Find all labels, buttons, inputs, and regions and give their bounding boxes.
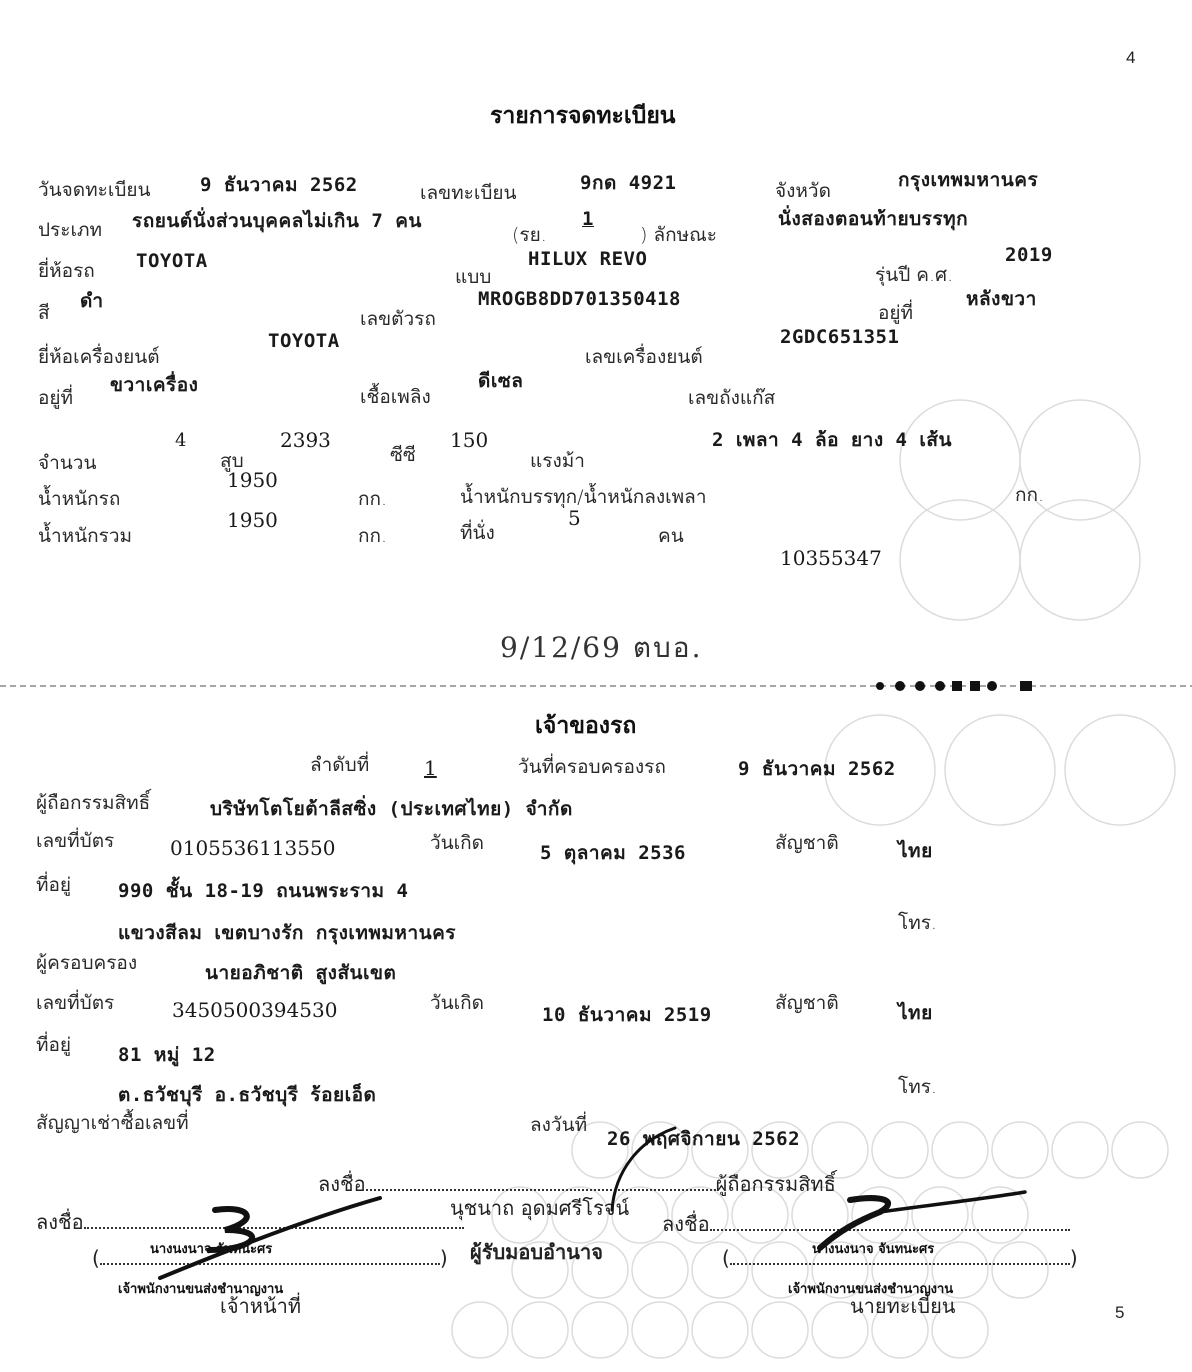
type-label: ประเภท bbox=[38, 215, 102, 245]
signature-strokes bbox=[0, 1100, 1192, 1320]
province-value: กรุงเทพมหานคร bbox=[898, 165, 1038, 195]
body-style-value: นั่งสองตอนท้ายบรรทุก bbox=[778, 204, 968, 234]
holder-label: ผู้ถือกรรมสิทธิ์ bbox=[36, 788, 150, 818]
holder-addr-line2: แขวงสีลม เขตบางรัก กรุงเทพมหานคร bbox=[118, 918, 456, 948]
color-value: ดำ bbox=[80, 286, 104, 316]
order-value: 1 bbox=[424, 756, 437, 780]
possessor-id-value: 3450500394530 bbox=[172, 998, 337, 1022]
ry-label: (รย. bbox=[512, 220, 547, 250]
holder-nat-label: สัญชาติ bbox=[775, 828, 839, 858]
owner-title: เจ้าของรถ bbox=[535, 708, 636, 744]
engine-no-value: 2GDC651351 bbox=[780, 326, 899, 348]
possessor-tel-label: โทร. bbox=[898, 1072, 937, 1102]
brand-label: ยี่ห้อรถ bbox=[38, 256, 95, 286]
possessor-id-label: เลขที่บัตร bbox=[36, 988, 114, 1018]
section-divider bbox=[0, 680, 1192, 692]
axles-value: 2 เพลา 4 ล้อ ยาง 4 เส้น bbox=[712, 425, 952, 455]
load-weight-unit: กก. bbox=[1015, 480, 1044, 510]
cc-value: 2393 bbox=[280, 428, 331, 452]
holder-name: บริษัทโตโยต้าลีสซิ่ง (ประเทศไทย) จำกัด bbox=[210, 794, 573, 824]
vehicle-weight-unit: กก. bbox=[358, 484, 387, 514]
possessor-birth-label: วันเกิด bbox=[430, 988, 484, 1018]
gross-weight-value: 1950 bbox=[227, 508, 278, 532]
brand-value: TOYOTA bbox=[136, 250, 208, 272]
body-style-label: ) ลักษณะ bbox=[640, 220, 717, 250]
possessor-name: นายอภิชาติ สูงสันเขต bbox=[205, 958, 396, 988]
reg-date-label: วันจดทะเบียน bbox=[38, 175, 151, 205]
document-number: 10355347 bbox=[780, 546, 882, 570]
chassis-loc-value: หลังขวา bbox=[966, 284, 1037, 314]
engine-loc-label: อยู่ที่ bbox=[38, 383, 73, 413]
order-label: ลำดับที่ bbox=[310, 750, 369, 780]
plate-value: 9กด 4921 bbox=[580, 168, 676, 198]
province-label: จังหวัด bbox=[775, 176, 831, 206]
seats-label: ที่นั่ง bbox=[460, 518, 495, 548]
registration-title: รายการจดทะเบียน bbox=[490, 98, 676, 134]
possessor-addr-line1: 81 หมู่ 12 bbox=[118, 1040, 216, 1070]
chassis-value: MROGB8DD701350418 bbox=[478, 288, 681, 310]
gross-weight-label: น้ำหนักรวม bbox=[38, 521, 132, 551]
possessor-nat-value: ไทย bbox=[898, 998, 933, 1028]
cc-unit: ซีซี bbox=[390, 440, 416, 470]
engine-brand-label: ยี่ห้อเครื่องยนต์ bbox=[38, 342, 160, 372]
model-year-label: รุ่นปี ค.ศ. bbox=[875, 260, 953, 290]
seats-value: 5 bbox=[568, 506, 581, 530]
engine-brand-value: TOYOTA bbox=[268, 330, 340, 352]
engine-loc-value: ขวาเครื่อง bbox=[110, 370, 198, 400]
reg-date-value: 9 ธันวาคม 2562 bbox=[200, 170, 358, 200]
holder-id-label: เลขที่บัตร bbox=[36, 826, 114, 856]
holder-id-value: 0105536113550 bbox=[170, 836, 335, 860]
vehicle-weight-label: น้ำหนักรถ bbox=[38, 484, 120, 514]
holder-tel-label: โทร. bbox=[898, 908, 937, 938]
chassis-loc-label: อยู่ที่ bbox=[878, 298, 913, 328]
handwritten-note: 9/12/69 ตบอ. bbox=[500, 626, 703, 670]
cylinders-value: 4 bbox=[175, 430, 186, 451]
hp-unit: แรงม้า bbox=[530, 446, 585, 476]
count-label: จำนวน bbox=[38, 448, 96, 478]
model-value: HILUX REVO bbox=[528, 248, 647, 270]
gross-weight-unit: กก. bbox=[358, 521, 387, 551]
fuel-value: ดีเซล bbox=[478, 366, 523, 396]
engine-no-label: เลขเครื่องยนต์ bbox=[585, 342, 703, 372]
vehicle-weight-value: 1950 bbox=[227, 468, 278, 492]
model-year-value: 2019 bbox=[1005, 244, 1053, 266]
chassis-label: เลขตัวรถ bbox=[360, 304, 436, 334]
possessor-nat-label: สัญชาติ bbox=[775, 988, 839, 1018]
holder-addr-line1: 990 ชั้น 18-19 ถนนพระราม 4 bbox=[118, 876, 408, 906]
possessor-label: ผู้ครอบครอง bbox=[36, 948, 137, 978]
load-weight-label: น้ำหนักบรรทุก/น้ำหนักลงเพลา bbox=[460, 482, 707, 512]
gas-tank-label: เลขถังแก๊ส bbox=[688, 383, 775, 413]
color-label: สี bbox=[38, 298, 50, 328]
page-number-top: 4 bbox=[1126, 48, 1135, 68]
possession-date-label: วันที่ครอบครองรถ bbox=[518, 752, 666, 782]
holder-birth-label: วันเกิด bbox=[430, 828, 484, 858]
holder-addr-label: ที่อยู่ bbox=[36, 870, 71, 900]
possessor-birth-value: 10 ธันวาคม 2519 bbox=[542, 1000, 712, 1030]
plate-label: เลขทะเบียน bbox=[420, 178, 517, 208]
possessor-addr-label: ที่อยู่ bbox=[36, 1030, 71, 1060]
type-value: รถยนต์นั่งส่วนบุคคลไม่เกิน 7 คน bbox=[132, 206, 422, 236]
seats-unit: คน bbox=[658, 521, 684, 551]
ry-value: 1 bbox=[582, 208, 594, 230]
possession-date-value: 9 ธันวาคม 2562 bbox=[738, 754, 896, 784]
fuel-label: เชื้อเพลิง bbox=[360, 382, 431, 412]
holder-birth-value: 5 ตุลาคม 2536 bbox=[540, 838, 686, 868]
holder-nat-value: ไทย bbox=[898, 836, 933, 866]
hp-value: 150 bbox=[450, 428, 488, 452]
